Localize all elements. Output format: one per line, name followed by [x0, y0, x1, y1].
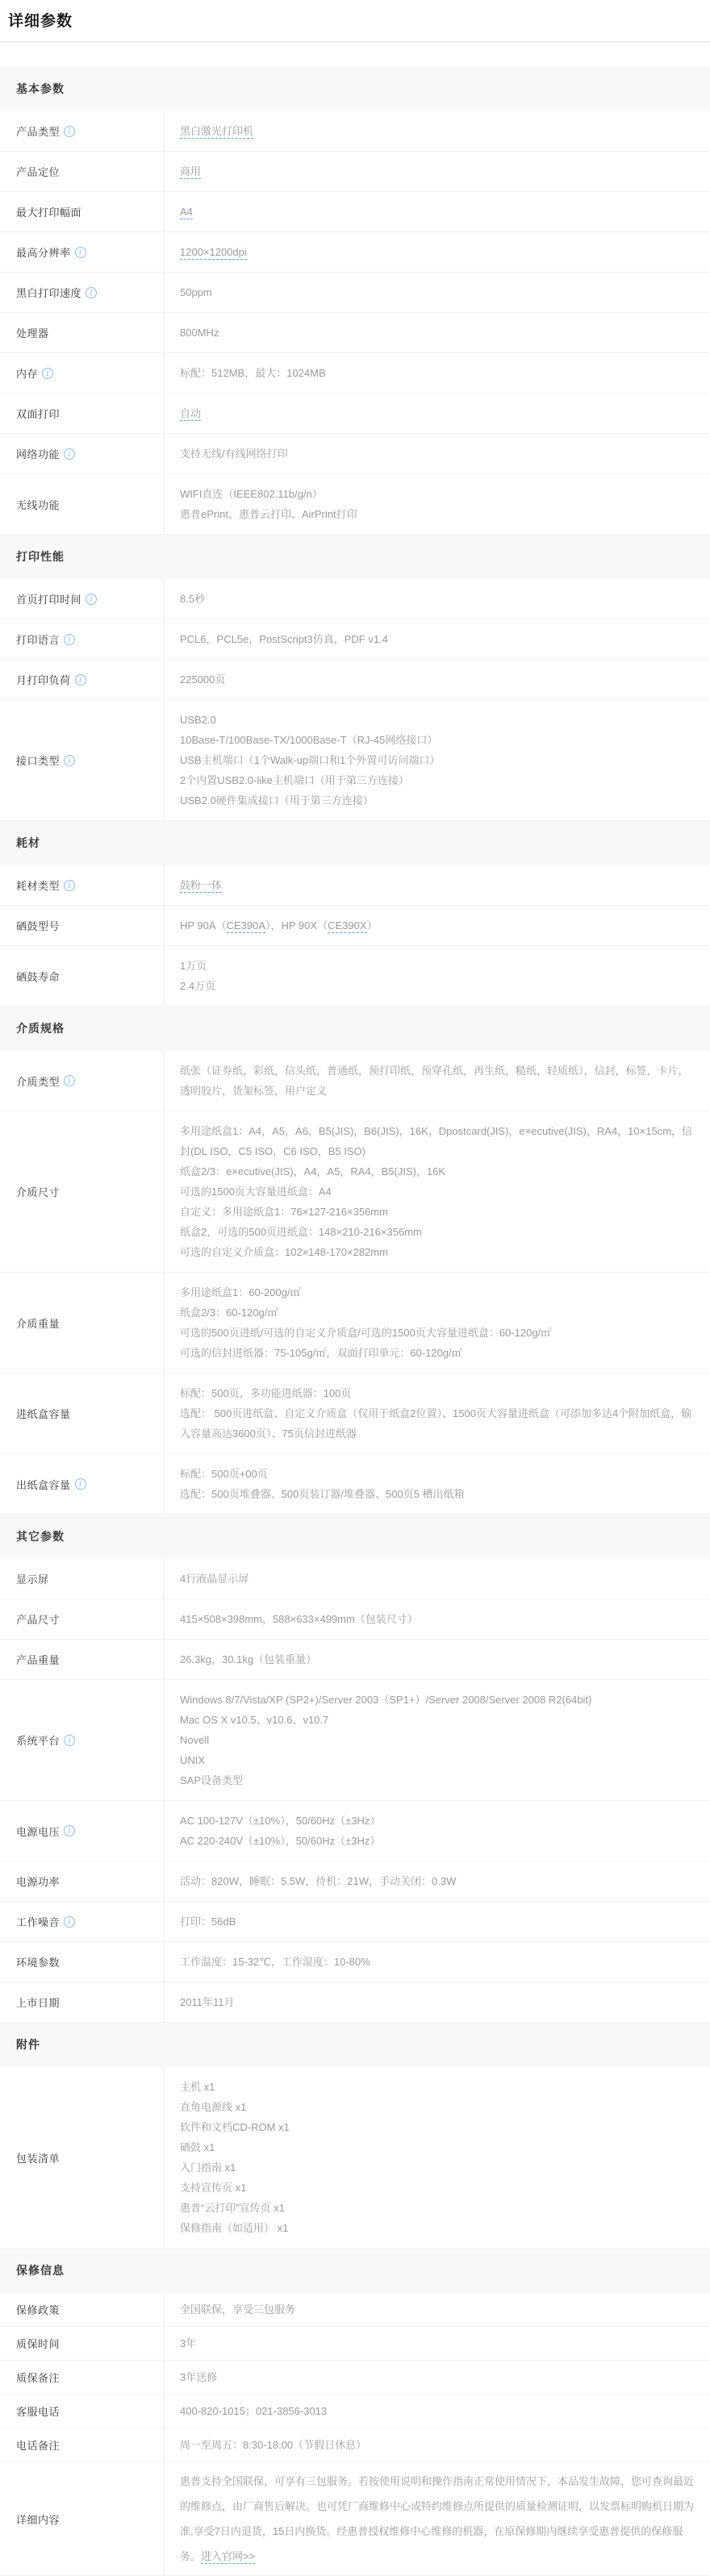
value-line: 纸张（证券纸，彩纸，信头纸，普通纸，预打印纸，预穿孔纸，再生纸，糙纸，轻质纸），…: [180, 1061, 694, 1101]
value-line: 标配：500页+00页: [180, 1464, 694, 1484]
value-text: 自定义：多用途纸盒1：76×127-216×356mm: [180, 1206, 388, 1218]
value-text: Novell: [180, 1734, 209, 1746]
value-text: WIFI直连（IEEE802.11b/g/n）: [180, 488, 323, 500]
info-icon[interactable]: i: [64, 1735, 75, 1746]
value-line: 2.4万页: [180, 976, 694, 996]
value-line: 多用途纸盒1：60-200g/㎡: [180, 1282, 694, 1303]
spec-label-text: 环境参数: [16, 1954, 60, 1970]
value-line: 软件和文档CD-ROM x1: [180, 2117, 694, 2137]
info-icon[interactable]: i: [64, 755, 75, 766]
value-text: HP 90A（: [180, 919, 227, 932]
spec-value: 全国联保，享受三包服务: [163, 2293, 710, 2326]
info-icon[interactable]: i: [64, 634, 75, 645]
value-text: 纸张（证券纸，彩纸，信头纸，普通纸，预打印纸，预穿孔纸，再生纸，糙纸，轻质纸），…: [180, 1065, 689, 1097]
spec-label-text: 网络功能: [16, 446, 60, 461]
spec-row: 工作噪音i打印：56dB: [0, 1902, 710, 1942]
spec-row: 显示屏4行液晶显示屏: [0, 1559, 710, 1599]
spec-row: 保修政策全国联保，享受三包服务: [0, 2293, 710, 2327]
spec-value: 周一至周五：8:30-18:00（节假日休息）: [163, 2428, 710, 2461]
spec-label-text: 黑白打印速度: [16, 285, 81, 300]
value-text: 活动：820W，睡眠：5.5W，待机：21W，手动关闭：0.3W: [180, 1875, 456, 1887]
value-line: 纸盒2/3：e×ecutive(JIS)，A4，A5，RA4，B5(JIS)，1…: [180, 1161, 694, 1182]
spec-label-text: 产品类型: [16, 123, 60, 139]
value-text: 可选的信封进纸器：75-105g/㎡，双面打印单元：60-120g/㎡: [180, 1347, 462, 1359]
value-text: 1万页: [180, 960, 207, 972]
spec-label: 产品类型i: [0, 111, 163, 151]
value-text: AC 100-127V（±10%），50/60Hz（±3Hz）: [180, 1815, 380, 1827]
spec-label-text: 月打印负荷: [16, 672, 71, 687]
spec-label: 硒鼓寿命: [0, 946, 163, 1006]
value-text: 软件和文档CD-ROM x1: [180, 2121, 290, 2133]
spec-label-text: 包装清单: [16, 2150, 60, 2165]
value-text: Windows 8/7/Vista/XP (SP2+)/Server 2003（…: [180, 1694, 591, 1706]
spec-value: 800MHz: [163, 313, 710, 352]
spec-value: USB2.010Base-T/100Base-TX/1000Base-T（RJ-…: [163, 700, 710, 820]
value-line: 可选的信封进纸器：75-105g/㎡，双面打印单元：60-120g/㎡: [180, 1343, 694, 1363]
spec-label: 处理器: [0, 313, 163, 352]
spec-value: 415×508×398mm，588×633×499mm（包装尺寸）: [163, 1599, 710, 1639]
info-icon[interactable]: i: [64, 1916, 75, 1928]
value-line: 4行液晶显示屏: [180, 1569, 694, 1589]
value-line: 415×508×398mm，588×633×499mm（包装尺寸）: [180, 1609, 694, 1629]
value-line: 纸盒2，可选的500页进纸盒：148×210-216×356mm: [180, 1222, 694, 1242]
spec-value: PCL6，PCL5e，PostScript3仿真，PDF v1.4: [163, 619, 710, 659]
value-text: 全国联保，享受三包服务: [180, 2303, 295, 2315]
spec-value: 支持无线/有线网络打印: [163, 434, 710, 473]
spec-label-text: 双面打印: [16, 406, 60, 421]
spec-label-text: 最大打印幅面: [16, 204, 81, 219]
spec-label: 无线功能: [0, 474, 163, 534]
spec-row: 最高分辨率i1200×1200dpi: [0, 232, 710, 273]
value-line: 标配：512MB，最大：1024MB: [180, 363, 694, 383]
spec-value: 商用: [163, 152, 710, 191]
spec-value: 1万页2.4万页: [163, 946, 710, 1006]
value-text: 标配：512MB，最大：1024MB: [180, 367, 326, 379]
spec-label: 系统平台i: [0, 1680, 163, 1800]
section-title: 介质规格: [0, 1007, 710, 1051]
spec-value: 工作温度：15-32℃，工作湿度：10-80%: [163, 1942, 710, 1982]
value-line: 商用: [180, 161, 694, 181]
value-line: 3年送修: [180, 2367, 694, 2387]
spec-label: 电源电压i: [0, 1801, 163, 1861]
value-text: 纸盒2，可选的500页进纸盒：148×210-216×356mm: [180, 1226, 422, 1238]
spec-row: 电源功率活动：820W，睡眠：5.5W，待机：21W，手动关闭：0.3W: [0, 1861, 710, 1902]
spec-label: 打印语言i: [0, 619, 163, 659]
spec-label: 最大打印幅面: [0, 192, 163, 231]
spec-value: A4: [163, 192, 710, 231]
spec-row: 电源电压iAC 100-127V（±10%），50/60Hz（±3Hz）AC 2…: [0, 1801, 710, 1861]
value-text: 标配：500页+00页: [180, 1468, 268, 1480]
spec-row: 接口类型iUSB2.010Base-T/100Base-TX/1000Base-…: [0, 700, 710, 821]
spec-label: 介质尺寸: [0, 1111, 163, 1272]
spec-row: 包装清单主机 x1直角电源线 x1软件和文档CD-ROM x1硒鼓 x1入门指南…: [0, 2067, 710, 2249]
spec-label-text: 电源功率: [16, 1874, 60, 1889]
spec-value: AC 100-127V（±10%），50/60Hz（±3Hz）AC 220-24…: [163, 1801, 710, 1861]
spec-label: 包装清单: [0, 2067, 163, 2248]
spec-label-text: 处理器: [16, 325, 49, 340]
value-text: 26.3kg，30.1kg（包装重量）: [180, 1653, 316, 1665]
value-line: 3年: [180, 2333, 694, 2353]
spec-label-text: 保修政策: [16, 2302, 60, 2317]
value-text: AC 220-240V（±10%），50/60Hz（±3Hz）: [180, 1835, 380, 1847]
spec-label: 网络功能i: [0, 434, 163, 473]
spec-row: 产品尺寸415×508×398mm，588×633×499mm（包装尺寸）: [0, 1599, 710, 1640]
spec-label: 硒鼓型号: [0, 906, 163, 945]
value-line: 8.5秒: [180, 589, 694, 609]
spec-label: 首页打印时间i: [0, 579, 163, 619]
spec-label: 详细内容: [0, 2462, 163, 2575]
info-icon[interactable]: i: [75, 674, 86, 686]
value-line: 保修指南（如适用） x1: [180, 2218, 694, 2238]
spec-row: 处理器800MHz: [0, 313, 710, 353]
spec-label: 显示屏: [0, 1559, 163, 1599]
info-icon[interactable]: i: [64, 126, 75, 137]
spec-row: 硒鼓型号HP 90A（CE390A），HP 90X（CE390X）: [0, 906, 710, 946]
value-line: 26.3kg，30.1kg（包装重量）: [180, 1649, 694, 1669]
value-line: HP 90A（CE390A），HP 90X（CE390X）: [180, 915, 694, 936]
value-line: UNIX: [180, 1750, 694, 1770]
spec-label-text: 首页打印时间: [16, 591, 81, 606]
spec-label-text: 接口类型: [16, 752, 60, 768]
spec-label: 电源功率: [0, 1861, 163, 1901]
value-line: A4: [180, 202, 694, 222]
spec-row: 客服电话400-820-1015；021-3856-3013: [0, 2395, 710, 2428]
value-line: 惠普“云打印”宣传页 x1: [180, 2198, 694, 2218]
value-line: 黑白激光打印机: [180, 121, 694, 141]
info-icon[interactable]: i: [42, 368, 53, 379]
spec-label-text: 质保时间: [16, 2336, 60, 2351]
value-line: 可选的500页进纸/可选的自定义介质盒/可选的1500页大容量进纸盒：60-12…: [180, 1323, 694, 1343]
spec-label: 黑白打印速度i: [0, 273, 163, 312]
spec-label-text: 电话备注: [16, 2437, 60, 2453]
spec-row: 进纸盒容量标配：500页，多功能进纸器：100页选配： 500页进纸盒、自定义介…: [0, 1373, 710, 1454]
info-icon[interactable]: i: [64, 880, 75, 891]
value-text: UNIX: [180, 1754, 205, 1766]
value-text: 2011年11月: [180, 1996, 234, 2008]
value-line: 全国联保，享受三包服务: [180, 2299, 694, 2320]
value-line: 选配：500页堆叠器、500页装订器/堆叠器、500页5 槽出纸箱: [180, 1484, 694, 1504]
spec-row: 电话备注周一至周五：8:30-18:00（节假日休息）: [0, 2428, 710, 2462]
value-line: 可选的1500页大容量进纸盒：A4: [180, 1182, 694, 1202]
value-text: 415×508×398mm，588×633×499mm（包装尺寸）: [180, 1613, 418, 1625]
value-line: 10Base-T/100Base-TX/1000Base-T（RJ-45网络接口…: [180, 730, 694, 750]
value-text: 周一至周五：8:30-18:00（节假日休息）: [180, 2439, 366, 2451]
spec-value: 多用途纸盒1：60-200g/㎡纸盒2/3：60-120g/㎡可选的500页进纸…: [163, 1273, 710, 1373]
value-line: 2011年11月: [180, 1992, 694, 2012]
value-line: WIFI直连（IEEE802.11b/g/n）: [180, 484, 694, 504]
spec-label-text: 产品定位: [16, 164, 60, 179]
spec-label-text: 内存: [16, 365, 38, 381]
section-title: 附件: [0, 2023, 710, 2067]
spec-row: 无线功能WIFI直连（IEEE802.11b/g/n）惠普ePrint、惠普云打…: [0, 474, 710, 535]
spec-label: 产品重量: [0, 1640, 163, 1679]
value-line: AC 100-127V（±10%），50/60Hz（±3Hz）: [180, 1811, 694, 1831]
spec-label: 双面打印: [0, 394, 163, 433]
value-line: 打印：56dB: [180, 1911, 694, 1932]
spec-label-text: 产品尺寸: [16, 1611, 60, 1627]
underlined-value[interactable]: 自动: [180, 407, 201, 421]
spec-label-text: 显示屏: [16, 1571, 49, 1586]
spec-row: 网络功能i支持无线/有线网络打印: [0, 434, 710, 474]
info-icon[interactable]: i: [75, 247, 86, 258]
value-line: USB2.0: [180, 710, 694, 730]
spec-label: 产品定位: [0, 152, 163, 191]
spec-row: 黑白打印速度i50ppm: [0, 273, 710, 313]
spec-value: 225000页: [163, 660, 710, 699]
value-line: 工作温度：15-32℃，工作湿度：10-80%: [180, 1952, 694, 1972]
value-line: 入门指南 x1: [180, 2157, 694, 2178]
value-line: 支持无线/有线网络打印: [180, 444, 694, 464]
value-line: Windows 8/7/Vista/XP (SP2+)/Server 2003（…: [180, 1690, 694, 1710]
value-text: Mac OS X v10.5、v10.6、v10.7: [180, 1714, 328, 1726]
value-text: 惠普ePrint、惠普云打印、AirPrint打印: [180, 508, 357, 520]
spec-label-text: 出纸盒容量: [16, 1477, 71, 1492]
spec-row: 出纸盒容量i标配：500页+00页选配：500页堆叠器、500页装订器/堆叠器、…: [0, 1454, 710, 1515]
value-line: PCL6，PCL5e，PostScript3仿真，PDF v1.4: [180, 629, 694, 649]
spec-label-text: 详细内容: [16, 2511, 60, 2527]
spec-label-text: 硒鼓寿命: [16, 969, 60, 984]
spec-section: 耗材耗材类型i鼓粉一体硒鼓型号HP 90A（CE390A），HP 90X（CE3…: [0, 821, 710, 1007]
spec-label-text: 上市日期: [16, 1995, 60, 2010]
title-divider: [0, 41, 710, 43]
spec-value: 50ppm: [163, 273, 710, 312]
spec-section: 保修信息保修政策全国联保，享受三包服务质保时间3年质保备注3年送修客服电话400…: [0, 2249, 710, 2576]
underlined-value[interactable]: A4: [180, 206, 193, 219]
spec-row: 硒鼓寿命1万页2.4万页: [0, 946, 710, 1007]
value-line: 支持宣传页 x1: [180, 2178, 694, 2198]
info-icon[interactable]: i: [86, 594, 97, 605]
value-line: 鼓粉一体: [180, 875, 694, 895]
value-line: USB主机端口（1个Walk-up端口和1个外置可访问端口）: [180, 750, 694, 770]
spec-value: 打印：56dB: [163, 1902, 710, 1941]
value-text: 多用途纸盒1：A4，A5，A6，B5(JIS)，B6(JIS)，16K，Dpos…: [180, 1125, 692, 1157]
official-site-link[interactable]: 进入官网>>: [201, 2550, 255, 2564]
spec-label-text: 电源电压: [16, 1824, 60, 1839]
spec-label-text: 介质类型: [16, 1073, 60, 1089]
value-text: 纸盒2/3：e×ecutive(JIS)，A4，A5，RA4，B5(JIS)，1…: [180, 1165, 445, 1178]
spec-value: 主机 x1直角电源线 x1软件和文档CD-ROM x1硒鼓 x1入门指南 x1支…: [163, 2067, 710, 2248]
underlined-value[interactable]: 1200×1200dpi: [180, 246, 247, 260]
value-text: 选配：500页堆叠器、500页装订器/堆叠器、500页5 槽出纸箱: [180, 1488, 465, 1500]
spec-label-text: 介质尺寸: [16, 1184, 60, 1199]
spec-row: 产品重量26.3kg，30.1kg（包装重量）: [0, 1640, 710, 1680]
value-line: 50ppm: [180, 282, 694, 302]
value-text: SAP设备类型: [180, 1774, 243, 1786]
spec-label-text: 客服电话: [16, 2403, 60, 2419]
underlined-value[interactable]: CE390A: [227, 919, 265, 933]
spec-value: 3年送修: [163, 2361, 710, 2394]
spec-label-text: 打印语言: [16, 631, 60, 647]
value-line: 自动: [180, 403, 694, 423]
spec-label: 工作噪音i: [0, 1902, 163, 1941]
value-line: 主机 x1: [180, 2077, 694, 2097]
value-text: 225000页: [180, 673, 225, 686]
value-text: 入门指南 x1: [180, 2161, 236, 2174]
spec-row: 首页打印时间i8.5秒: [0, 579, 710, 619]
section-title: 打印性能: [0, 535, 710, 579]
value-line: SAP设备类型: [180, 1770, 694, 1790]
spec-label-text: 产品重量: [16, 1652, 60, 1667]
spec-value: Windows 8/7/Vista/XP (SP2+)/Server 2003（…: [163, 1680, 710, 1800]
spec-row: 打印语言iPCL6，PCL5e，PostScript3仿真，PDF v1.4: [0, 619, 710, 660]
underlined-value[interactable]: 商用: [180, 165, 201, 179]
value-line: 2个内置USB2.0-like主机端口（用于第三方连接）: [180, 770, 694, 790]
spec-table: 基本参数产品类型i黑白激光打印机产品定位商用最大打印幅面A4最高分辨率i1200…: [0, 67, 710, 2576]
spec-label: 环境参数: [0, 1942, 163, 1982]
info-icon[interactable]: i: [86, 287, 97, 298]
value-line: 多用途纸盒1：A4，A5，A6，B5(JIS)，B6(JIS)，16K，Dpos…: [180, 1121, 694, 1161]
section-title: 耗材: [0, 821, 710, 865]
spec-value: 400-820-1015；021-3856-3013: [163, 2395, 710, 2428]
underlined-value[interactable]: 鼓粉一体: [180, 879, 222, 893]
value-line: USB2.0硬件集成接口（用于第三方连接）: [180, 790, 694, 811]
value-line: 活动：820W，睡眠：5.5W，待机：21W，手动关闭：0.3W: [180, 1871, 694, 1891]
info-icon[interactable]: i: [64, 1825, 75, 1836]
value-line: 周一至周五：8:30-18:00（节假日休息）: [180, 2435, 694, 2455]
spec-row: 环境参数工作温度：15-32℃，工作湿度：10-80%: [0, 1942, 710, 1982]
spec-value: 4行液晶显示屏: [163, 1559, 710, 1599]
spec-section: 基本参数产品类型i黑白激光打印机产品定位商用最大打印幅面A4最高分辨率i1200…: [0, 67, 710, 535]
value-line: 直角电源线 x1: [180, 2097, 694, 2117]
spec-label-text: 硒鼓型号: [16, 918, 60, 933]
value-text: 直角电源线 x1: [180, 2101, 246, 2113]
underlined-value[interactable]: 黑白激光打印机: [180, 125, 253, 139]
spec-label: 产品尺寸: [0, 1599, 163, 1639]
spec-label: 最高分辨率i: [0, 232, 163, 272]
spec-value: 活动：820W，睡眠：5.5W，待机：21W，手动关闭：0.3W: [163, 1861, 710, 1901]
section-title: 基本参数: [0, 67, 710, 111]
value-text: 8.5秒: [180, 593, 205, 605]
value-line: 225000页: [180, 669, 694, 690]
page-title: 详细参数: [0, 0, 710, 41]
value-text: 可选的1500页大容量进纸盒：A4: [180, 1186, 332, 1198]
spec-row: 双面打印自动: [0, 394, 710, 434]
value-text: 可选的自定义介质盒：102×148-170×282mm: [180, 1246, 388, 1258]
value-text: 纸盒2/3：60-120g/㎡: [180, 1307, 278, 1319]
spec-row: 产品定位商用: [0, 152, 710, 192]
spec-value: 8.5秒: [163, 579, 710, 619]
spec-value: 标配：512MB，最大：1024MB: [163, 353, 710, 393]
spec-value: 3年: [163, 2327, 710, 2360]
spec-section: 附件包装清单主机 x1直角电源线 x1软件和文档CD-ROM x1硒鼓 x1入门…: [0, 2023, 710, 2249]
spec-label: 质保备注: [0, 2361, 163, 2394]
value-text: USB2.0硬件集成接口（用于第三方连接）: [180, 794, 374, 807]
value-text: 支持宣传页 x1: [180, 2182, 246, 2194]
value-line: AC 220-240V（±10%），50/60Hz（±3Hz）: [180, 1831, 694, 1851]
spec-row: 详细内容惠普支持全国联保，可享有三包服务。若按使用说明和操作指南正常使用情况下，…: [0, 2462, 710, 2576]
spec-label: 内存i: [0, 353, 163, 393]
value-text: 工作温度：15-32℃，工作湿度：10-80%: [180, 1956, 370, 1968]
spec-row: 产品类型i黑白激光打印机: [0, 111, 710, 152]
spec-row: 最大打印幅面A4: [0, 192, 710, 232]
spec-label-text: 耗材类型: [16, 877, 60, 893]
spec-row: 介质类型i纸张（证券纸，彩纸，信头纸，普通纸，预打印纸，预穿孔纸，再生纸，糙纸，…: [0, 1051, 710, 1111]
value-text: USB主机端口（1个Walk-up端口和1个外置可访问端口）: [180, 754, 440, 766]
spec-value: WIFI直连（IEEE802.11b/g/n）惠普ePrint、惠普云打印、Ai…: [163, 474, 710, 534]
value-line: 硒鼓 x1: [180, 2137, 694, 2157]
value-text: 支持无线/有线网络打印: [180, 448, 288, 460]
section-title: 其它参数: [0, 1515, 710, 1559]
value-text: 惠普支持全国联保，可享有三包服务。若按使用说明和操作指南正常使用情况下，本品发生…: [180, 2475, 694, 2562]
value-text: 主机 x1: [180, 2081, 215, 2093]
value-text: 400-820-1015；021-3856-3013: [180, 2405, 327, 2417]
spec-label: 进纸盒容量: [0, 1373, 163, 1453]
value-line: 纸盒2/3：60-120g/㎡: [180, 1303, 694, 1323]
spec-row: 介质重量多用途纸盒1：60-200g/㎡纸盒2/3：60-120g/㎡可选的50…: [0, 1273, 710, 1373]
value-line: Mac OS X v10.5、v10.6、v10.7: [180, 1710, 694, 1730]
spec-value: 多用途纸盒1：A4，A5，A6，B5(JIS)，B6(JIS)，16K，Dpos…: [163, 1111, 710, 1272]
spec-label: 介质类型i: [0, 1051, 163, 1111]
value-line: 可选的自定义介质盒：102×148-170×282mm: [180, 1242, 694, 1262]
spec-label-text: 介质重量: [16, 1315, 60, 1331]
value-text: USB2.0: [180, 714, 216, 726]
spec-value: 鼓粉一体: [163, 865, 710, 905]
value-text: 保修指南（如适用） x1: [180, 2222, 288, 2234]
spec-label: 耗材类型i: [0, 865, 163, 905]
value-text: 2个内置USB2.0-like主机端口（用于第三方连接）: [180, 774, 409, 786]
value-text: 3年: [180, 2337, 196, 2349]
spec-value: 惠普支持全国联保，可享有三包服务。若按使用说明和操作指南正常使用情况下，本品发生…: [163, 2462, 710, 2575]
spec-row: 内存i标配：512MB，最大：1024MB: [0, 353, 710, 394]
value-text: 打印：56dB: [180, 1915, 236, 1928]
underlined-value[interactable]: CE390X: [328, 919, 366, 933]
value-text: 多用途纸盒1：60-200g/㎡: [180, 1286, 301, 1298]
value-line: 400-820-1015；021-3856-3013: [180, 2401, 694, 2421]
spec-label-text: 系统平台: [16, 1732, 60, 1748]
value-line: Novell: [180, 1730, 694, 1750]
info-icon[interactable]: i: [75, 1478, 86, 1490]
spec-row: 月打印负荷i225000页: [0, 660, 710, 700]
info-icon[interactable]: i: [64, 448, 75, 460]
value-line: 惠普支持全国联保，可享有三包服务。若按使用说明和操作指南正常使用情况下，本品发生…: [180, 2469, 694, 2569]
value-text: 选配： 500页进纸盒、自定义介质盒（仅用于纸盒2位置）、1500页大容量进纸盒…: [180, 1407, 691, 1440]
spec-label: 客服电话: [0, 2395, 163, 2428]
spec-label-text: 工作噪音: [16, 1914, 60, 1929]
spec-section: 介质规格介质类型i纸张（证券纸，彩纸，信头纸，普通纸，预打印纸，预穿孔纸，再生纸…: [0, 1007, 710, 1515]
spec-value: 1200×1200dpi: [163, 232, 710, 272]
spec-value: 26.3kg，30.1kg（包装重量）: [163, 1640, 710, 1679]
spec-section: 打印性能首页打印时间i8.5秒打印语言iPCL6，PCL5e，PostScrip…: [0, 535, 710, 821]
value-line: 800MHz: [180, 323, 694, 343]
value-text: 4行液晶显示屏: [180, 1573, 248, 1585]
value-text: ）: [367, 919, 378, 932]
spec-value: 黑白激光打印机: [163, 111, 710, 151]
value-line: 自定义：多用途纸盒1：76×127-216×356mm: [180, 1202, 694, 1222]
value-text: 标配：500页，多功能进纸器：100页: [180, 1387, 351, 1399]
spec-row: 上市日期2011年11月: [0, 1982, 710, 2023]
info-icon[interactable]: i: [64, 1075, 75, 1086]
spec-label: 出纸盒容量i: [0, 1454, 163, 1514]
value-text: 10Base-T/100Base-TX/1000Base-T（RJ-45网络接口…: [180, 734, 437, 746]
spec-value: 2011年11月: [163, 1982, 710, 2022]
spec-label-text: 最高分辨率: [16, 244, 71, 260]
spec-label: 月打印负荷i: [0, 660, 163, 699]
spec-label: 保修政策: [0, 2293, 163, 2326]
section-title: 保修信息: [0, 2249, 710, 2293]
spec-label-text: 无线功能: [16, 497, 60, 512]
spec-row: 质保备注3年送修: [0, 2361, 710, 2395]
spec-label: 介质重量: [0, 1273, 163, 1373]
spec-row: 质保时间3年: [0, 2327, 710, 2361]
value-text: 50ppm: [180, 286, 212, 298]
spec-value: 标配：500页+00页选配：500页堆叠器、500页装订器/堆叠器、500页5 …: [163, 1454, 710, 1514]
spec-value: 标配：500页，多功能进纸器：100页选配： 500页进纸盒、自定义介质盒（仅用…: [163, 1373, 710, 1453]
spec-value: 纸张（证券纸，彩纸，信头纸，普通纸，预打印纸，预穿孔纸，再生纸，糙纸，轻质纸），…: [163, 1051, 710, 1111]
spec-label: 质保时间: [0, 2327, 163, 2360]
value-line: 标配：500页，多功能进纸器：100页: [180, 1383, 694, 1403]
value-text: 800MHz: [180, 327, 219, 339]
spec-row: 介质尺寸多用途纸盒1：A4，A5，A6，B5(JIS)，B6(JIS)，16K，…: [0, 1111, 710, 1273]
